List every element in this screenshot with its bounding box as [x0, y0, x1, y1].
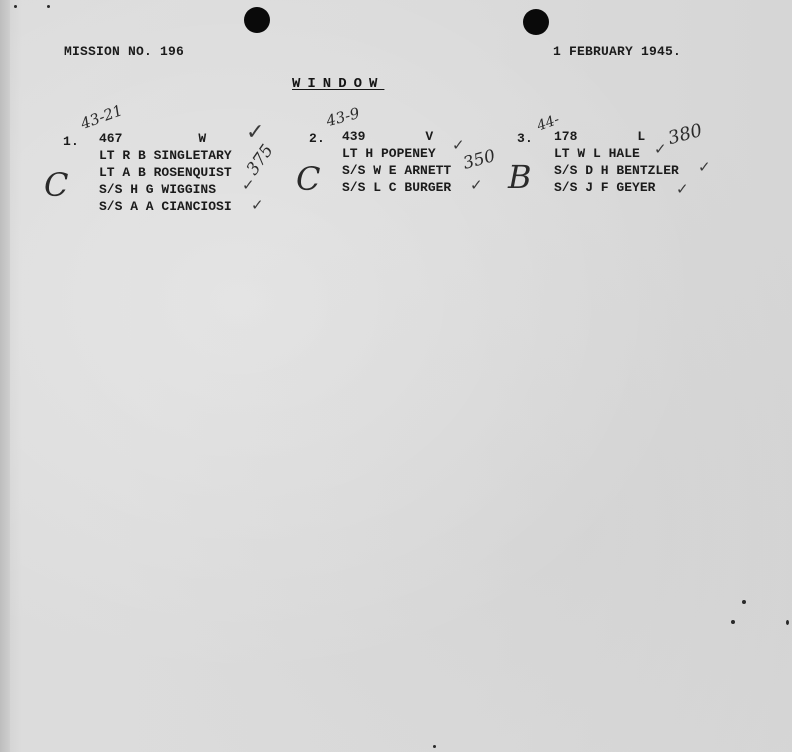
- handwritten-letter: C: [296, 160, 320, 198]
- paper-speck: [786, 620, 789, 625]
- crew-member: S/S A A CIANCIOSI: [99, 198, 232, 215]
- crew-member: S/S D H BENTZLER: [554, 162, 679, 179]
- check-mark: ✓: [246, 120, 264, 145]
- crew-member: S/S L C BURGER: [342, 179, 451, 196]
- aircraft-letter: L: [637, 129, 645, 144]
- check-mark: ✓: [470, 176, 483, 194]
- paper-speck: [731, 620, 735, 624]
- paper-speck: [14, 5, 17, 8]
- entry-number: 3.: [517, 131, 533, 146]
- check-mark: ✓: [242, 176, 255, 194]
- aircraft-number: 467: [99, 131, 122, 146]
- paper-speck: [47, 5, 50, 8]
- handwritten-letter: C: [44, 166, 68, 204]
- punch-hole-right: [523, 9, 549, 35]
- paper-speck: [742, 600, 746, 604]
- crew-member: S/S W E ARNETT: [342, 162, 451, 179]
- crew-member: S/S H G WIGGINS: [99, 181, 232, 198]
- entry-number: 1.: [63, 134, 79, 149]
- aircraft-number: 439: [342, 129, 365, 144]
- aircraft-letter: W: [198, 131, 206, 146]
- aircraft-line: 467W: [99, 130, 232, 147]
- entry-number: 2.: [309, 131, 325, 146]
- document-date: 1 FEBRUARY 1945.: [553, 44, 681, 59]
- check-mark: ✓: [676, 180, 689, 198]
- crew-member: S/S J F GEYER: [554, 179, 679, 196]
- punch-hole-left: [244, 7, 270, 33]
- page-edge-shadow: [0, 0, 10, 752]
- crew-member: LT A B ROSENQUIST: [99, 164, 232, 181]
- crew-member: LT H POPENEY: [342, 145, 451, 162]
- handwritten-letter: B: [508, 158, 532, 196]
- document-title: WINDOW: [292, 76, 384, 92]
- check-mark: ✓: [698, 158, 711, 176]
- check-mark: ✓: [654, 140, 667, 158]
- check-mark: ✓: [452, 136, 465, 154]
- aircraft-line: 439V: [342, 128, 451, 145]
- aircraft-number: 178: [554, 129, 577, 144]
- crew-block: 467W LT R B SINGLETARY LT A B ROSENQUIST…: [99, 130, 232, 215]
- crew-block: 439V LT H POPENEY S/S W E ARNETT S/S L C…: [342, 128, 451, 196]
- mission-number: MISSION NO. 196: [64, 44, 184, 59]
- aircraft-letter: V: [425, 129, 433, 144]
- check-mark: ✓: [251, 196, 264, 214]
- crew-member: LT R B SINGLETARY: [99, 147, 232, 164]
- paper-speck: [433, 745, 436, 748]
- crew-block: 178L LT W L HALE S/S D H BENTZLER S/S J …: [554, 128, 679, 196]
